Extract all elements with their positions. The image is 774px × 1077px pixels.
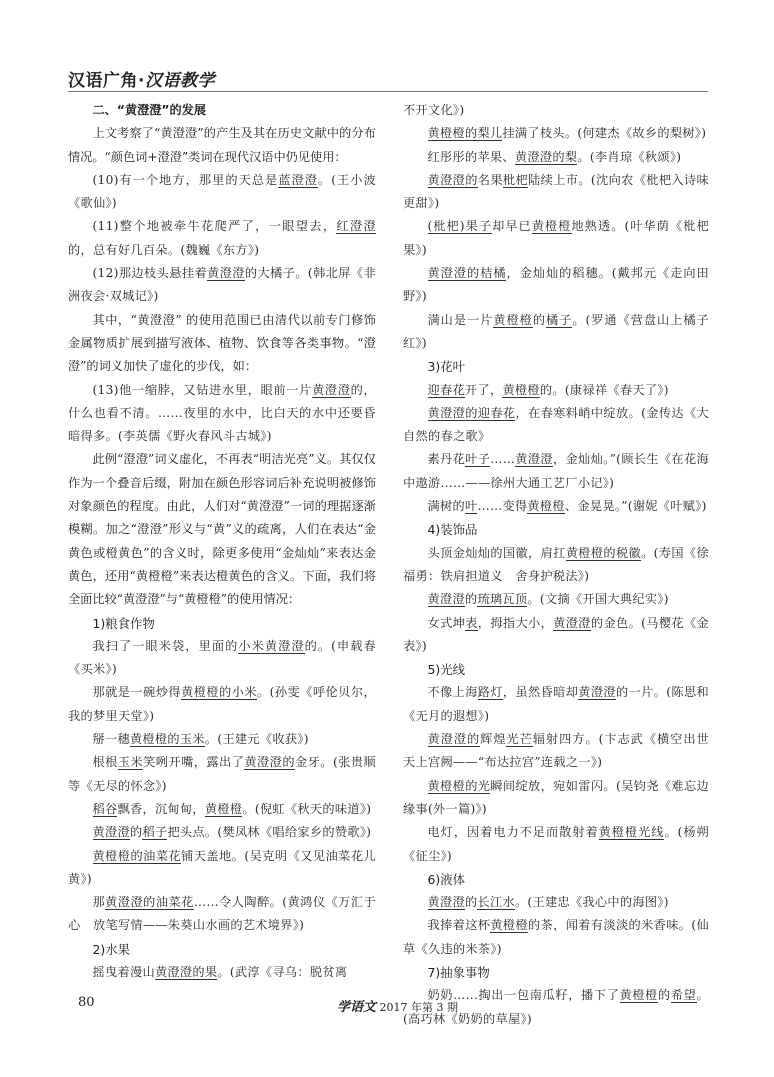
example-sentence: (13)他一缩脖，又钻进水里，眼前一片黄澄澄的，什么也看不清。……夜里的水中，比…: [68, 379, 376, 449]
text-run: 却早已: [492, 219, 532, 233]
example-sentence: 我扫了一眼米袋，里面的小米黄澄澄的。(申载春《买米》): [68, 635, 376, 682]
journal-footer: 学语文 2017 年第 3 期: [337, 996, 458, 1015]
example-sentence: (12)那边枝头悬挂着黄澄澄的大橘子。(韩北屏《非洲夜会·双城记》): [68, 262, 376, 309]
example-sentence: 那黄澄澄的油菜花……令人陶醉。(黄鸿仪《万汇于心 放笔写情——朱葵山水画的艺术境…: [68, 891, 376, 938]
example-sentence: 黄橙橙的梨儿挂满了枝头。(何建杰《故乡的梨树》): [403, 122, 709, 145]
underlined-term: 黄橙橙: [493, 313, 533, 328]
text-run: 名果: [478, 173, 503, 187]
example-sentence: 女式坤表，拇指大小，黄澄澄的金色。(马樱花《金表》): [403, 612, 709, 659]
underlined-term: 黄澄澄的: [428, 732, 481, 747]
page-number: 80: [78, 995, 95, 1010]
text-run: ……: [490, 452, 515, 466]
underlined-term: 黄澄澄: [312, 383, 351, 398]
underlined-term: 黄橙橙: [490, 918, 528, 933]
text-run: 电灯，因着电力不足而散射着: [428, 825, 599, 839]
underlined-term: 迎春花: [428, 383, 465, 398]
underlined-term: 路灯: [478, 685, 503, 700]
underlined-term: 黄澄澄的果: [155, 965, 217, 980]
underlined-term: 稻子: [142, 825, 167, 840]
text-run: 。(倪虹《秋天的味道》): [242, 802, 371, 816]
text-run: ，拇指大小，: [478, 616, 553, 630]
text-run: 满山是一片: [428, 313, 494, 327]
text-run: 的: [658, 988, 671, 1002]
underlined-term: 黄澄澄的: [244, 755, 295, 770]
text-run: 头顶金灿灿的国徽，肩扛: [428, 546, 566, 560]
underlined-term: 小米黄澄澄: [238, 639, 304, 654]
text-run: ……变得: [477, 499, 527, 513]
text-run: 。(文摘《开国大典纪实》): [527, 592, 668, 606]
body-paragraph: 上文考察了“黄澄澄”的产生及其在历史文献中的分布情况。“颜色词+澄澄”类词在现代…: [68, 122, 376, 169]
underlined-term: 黄橙橙: [620, 988, 658, 1003]
example-sentence: 黄橙橙的油菜花铺天盖地。(吴克明《又见油菜花儿黄》): [68, 845, 376, 892]
text-run: 满树的: [428, 499, 465, 513]
underlined-term: 蓝澄澄: [278, 173, 318, 188]
underlined-term: 黄橙橙的光: [428, 779, 491, 794]
underlined-term: 黄澄澄: [428, 895, 465, 910]
example-sentence: (枇杷)果子却早已黄橙橙地熟透。(叶华荫《枇杷果》): [403, 215, 709, 262]
underlined-term: 叶: [465, 499, 478, 514]
underlined-term: (枇杷)果子: [428, 219, 493, 234]
running-header: 汉语广角·汉语教学: [68, 66, 215, 91]
text-run: ，虽然昏暗却: [503, 685, 578, 699]
text-run: (10)有一个地方，那里的天总是: [93, 173, 279, 187]
category-heading: 2)水果: [68, 938, 376, 961]
underlined-term: 黄橙橙: [205, 802, 242, 817]
underlined-term: 黄澄澄: [515, 452, 553, 467]
underlined-term: 琉璃瓦顶: [477, 592, 527, 607]
example-sentence: 稻谷飘香，沉甸甸，黄橙橙。(倪虹《秋天的味道》): [68, 798, 376, 821]
example-sentence: 不像上海路灯，虽然昏暗却黄澄澄的一片。(陈思和《无月的遐想》): [403, 681, 709, 728]
underlined-term: 黄澄澄的: [428, 173, 478, 188]
example-sentence: 那就是一碗炒得黄橙橙的小米。(孙雯《呼伦贝尔，我的梦里天堂》): [68, 681, 376, 728]
text-run: 的。(康禄祥《春天了》): [540, 383, 669, 397]
text-run: 。(李肖琼《秋颂》): [577, 150, 681, 164]
text-run: 红彤彤的苹果、: [428, 150, 515, 164]
underlined-term: 黄澄澄: [93, 825, 130, 840]
text-run: 开了，: [465, 383, 502, 397]
text-run: 不开文化》): [403, 103, 464, 117]
section-heading: 二、“黄澄澄”的发展: [68, 99, 376, 122]
text-run: 的: [465, 592, 478, 606]
category-heading: 4)装饰品: [403, 518, 709, 541]
underlined-term: 黄橙橙: [502, 383, 539, 398]
example-sentence: 黄澄澄的迎春花，在春寒料峭中绽放。(金传达《大自然的春之歌》: [403, 402, 709, 449]
example-sentence: (11)整个地被牵牛花爬严了，一眼望去，红澄澄的，总有好几百朵。(魏巍《东方》): [68, 215, 376, 262]
underlined-term: 光芒: [506, 732, 532, 747]
example-sentence: 迎春花开了，黄橙橙的。(康禄祥《春天了》): [403, 379, 709, 402]
example-sentence: 根根玉米笑咧开嘴，露出了黄澄澄的金牙。(张贵顺等《无尽的怀念》): [68, 751, 376, 798]
underlined-term: 黄橙橙的油菜花: [93, 849, 182, 864]
text-run: 把头点。(樊凤林《唱给家乡的赞歌》): [167, 825, 371, 839]
example-sentence: 满山是一片黄橙橙的橘子。(罗通《营盘山上橘子红》): [403, 309, 709, 356]
underlined-term: 稻谷: [93, 802, 118, 817]
text-run: 。(王建忠《我心中的海图》): [515, 895, 669, 909]
underlined-term: 黄澄澄: [207, 266, 245, 281]
text-run: 那: [93, 895, 106, 909]
text-run: 的: [533, 313, 546, 327]
underlined-term: 黄橙橙的梨儿: [428, 126, 503, 141]
text-run: 那就是一碗炒得: [93, 685, 182, 699]
text-run: 飘香，沉甸甸，: [117, 802, 204, 816]
underlined-term: 黄橙橙的税徽: [566, 546, 641, 561]
example-sentence: 满树的叶……变得黄橙橙、金晃晃。”(谢妮《叶赋》): [403, 495, 709, 518]
text-run: 素丹花: [428, 452, 466, 466]
text-run: 、金晃晃。”(谢妮《叶赋》): [565, 499, 707, 513]
underlined-term: 黄橙橙光线: [599, 825, 665, 840]
example-sentence: 不开文化》): [403, 99, 709, 122]
underlined-term: 长江水: [477, 895, 514, 910]
example-sentence: 掰一穗黄橙橙的玉米。(王建元《收获》): [68, 728, 376, 751]
text-run: 掰一穗: [93, 732, 130, 746]
example-sentence: 黄澄澄的长江水。(王建忠《我心中的海图》): [403, 891, 709, 914]
underlined-term: 黄橙橙: [532, 219, 572, 234]
text-run: 笑咧开嘴，露出了: [143, 755, 244, 769]
underlined-term: 叶子: [465, 452, 490, 467]
example-sentence: 黄橙橙的光瞬间绽放，宛如雷闪。(吴钧尧《难忘边缘事(外一篇)》): [403, 775, 709, 822]
category-heading: 1)粮食作物: [68, 612, 376, 635]
example-sentence: 黄澄澄的名果枇杷陆续上市。(沈向农《枇杷入诗味更甜》): [403, 169, 709, 216]
underlined-term: 希望: [671, 988, 697, 1003]
text-run: 。(武淳《寻乌：脱贫离: [217, 965, 347, 979]
text-run: 我扫了一眼米袋，里面的: [93, 639, 239, 653]
text-run: 的: [130, 825, 143, 839]
underlined-term: 黄橙橙: [527, 499, 564, 514]
underlined-term: 黄澄澄: [553, 616, 591, 631]
underlined-term: 黄橙橙的小米: [181, 685, 257, 700]
text-run: 我捧着这杯: [428, 918, 491, 932]
underlined-term: 黄澄澄的梨: [515, 150, 577, 165]
header-rule: [68, 91, 708, 92]
example-sentence: 摇曳着漫山黄澄澄的果。(武淳《寻乌：脱贫离: [68, 961, 376, 984]
example-sentence: 我捧着这杯黄橙橙的茶，闻着有淡淡的米香味。(仙草《久违的米茶》): [403, 914, 709, 961]
left-column: 二、“黄澄澄”的发展上文考察了“黄澄澄”的产生及其在历史文献中的分布情况。“颜色…: [68, 99, 376, 984]
text-run: 根根: [93, 755, 118, 769]
underlined-term: 表: [465, 616, 478, 631]
underlined-term: 黄橙橙的玉米: [130, 732, 205, 747]
underlined-term: 红澄澄: [336, 219, 376, 234]
underlined-term: 黄澄澄的桔橘: [428, 266, 507, 281]
example-sentence: 头顶金灿灿的国徽，肩扛黄橙橙的税徽。(寿国《徐福勇：铁肩担道义 舍身护税法》): [403, 542, 709, 589]
category-heading: 3)花叶: [403, 355, 709, 378]
text-run: 的: [465, 895, 478, 909]
text-run: 。(王建元《收获》): [205, 732, 309, 746]
underlined-term: 橘子: [546, 313, 572, 328]
example-sentence: 黄澄澄的桔橘，金灿灿的稻穗。(戴邦元《走向田野》): [403, 262, 709, 309]
header-subsection: 汉语教学: [145, 71, 215, 91]
text-run: 辉煌: [480, 732, 506, 746]
journal-name: 学语文: [337, 1000, 376, 1015]
category-heading: 7)抽象事物: [403, 961, 709, 984]
example-sentence: 电灯，因着电力不足而散射着黄橙橙光线。(杨朔《征尘》): [403, 821, 709, 868]
underlined-term: 黄澄澄的迎春花: [428, 406, 516, 421]
body-paragraph: 其中，“黄澄澄” 的使用范围已由清代以前专门修饰金属物质扩展到描写液体、植物、饮…: [68, 309, 376, 379]
text-run: 挂满了枝头。(何建杰《故乡的梨树》): [502, 126, 706, 140]
underlined-term: 黄澄澄的油菜花: [105, 895, 194, 910]
example-sentence: (10)有一个地方，那里的天总是蓝澄澄。(王小波《歌仙》): [68, 169, 376, 216]
underlined-term: 玉米: [118, 755, 143, 770]
example-sentence: 素丹花叶子……黄澄澄，金灿灿。”(顾长生《在花海中遨游……——徐州大通工艺厂小记…: [403, 448, 709, 495]
text-run: 摇曳着漫山: [93, 965, 155, 979]
text-run: (13)他一缩脖，又钻进水里，眼前一片: [93, 383, 313, 397]
body-paragraph: 此例“澄澄”词义虚化，不再表“明洁光亮”义。其仅仅作为一个叠音后缀，附加在颜色形…: [68, 448, 376, 611]
example-sentence: 黄澄澄的辉煌光芒辐射四方。(卞志武《横空出世 天上宫阙——“布达拉宫”连载之一》…: [403, 728, 709, 775]
header-separator: ·: [138, 71, 145, 91]
text-run: 不像上海: [428, 685, 478, 699]
example-sentence: 黄澄澄的稻子把头点。(樊凤林《唱给家乡的赞歌》): [68, 821, 376, 844]
category-heading: 5)光线: [403, 658, 709, 681]
text-run: (12)那边枝头悬挂着: [93, 266, 208, 280]
category-heading: 6)液体: [403, 868, 709, 891]
header-section: 汉语广角: [68, 71, 138, 91]
right-column: 不开文化》)黄橙橙的梨儿挂满了枝头。(何建杰《故乡的梨树》)红彤彤的苹果、黄澄澄…: [403, 99, 709, 1031]
example-sentence: 黄澄澄的琉璃瓦顶。(文摘《开国大典纪实》): [403, 588, 709, 611]
text-run: (11)整个地被牵牛花爬严了，一眼望去，: [93, 219, 337, 233]
text-run: 女式坤: [428, 616, 466, 630]
example-sentence: 红彤彤的苹果、黄澄澄的梨。(李肖琼《秋颂》): [403, 146, 709, 169]
text-run: 的，总有好几百朵。(魏巍《东方》): [68, 243, 259, 257]
underlined-term: 黄澄澄: [578, 685, 616, 700]
journal-issue: 2017 年第 3 期: [380, 1001, 458, 1014]
underlined-term: 枇杷: [503, 173, 528, 188]
underlined-term: 黄澄澄: [428, 592, 465, 607]
